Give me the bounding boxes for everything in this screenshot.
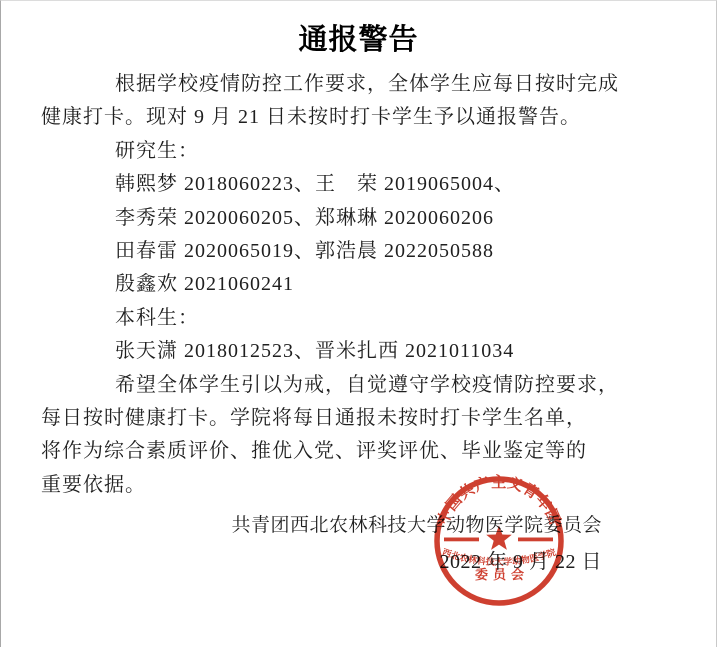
undergraduate-section-header: 本科生： [41,302,656,335]
seal-right-bar [518,538,553,542]
undergraduate-student-line: 张天潇 2018012523、晋米扎西 2021011034 [41,335,656,368]
seal-star-icon [486,526,512,550]
closing-line-1: 希望全体学生引以为戒，自觉遵守学校疫情防控要求， [41,369,656,402]
seal-arc-text: 中国共产主义青年团 [435,473,565,528]
graduate-section-header: 研究生： [41,135,656,168]
svg-text:西北农林科技大学动物医学院: 西北农林科技大学动物医学院 [441,546,558,567]
seal-committee-text: 委员会 [475,567,529,582]
closing-line-3: 将作为综合素质评价、推优入党、评奖评优、毕业鉴定等的 [41,435,656,468]
document-title: 通报警告 [1,17,716,58]
graduate-student-line: 殷鑫欢 2021060241 [41,268,656,301]
svg-text:中国共产主义青年团: 中国共产主义青年团 [435,473,565,528]
document-body: 根据学校疫情防控工作要求，全体学生应每日按时完成 健康打卡。现对 9 月 21 … [41,68,656,502]
seal-institution-text: 西北农林科技大学动物医学院 [441,546,558,567]
closing-line-2: 每日按时健康打卡。学院将每日通报未按时打卡学生名单， [41,402,656,435]
document-page: 通报警告 根据学校疫情防控工作要求，全体学生应每日按时完成 健康打卡。现对 9 … [0,0,717,647]
graduate-student-line: 韩熙梦 2018060223、王 荣 2019065004、 [41,168,656,201]
seal-left-bar [444,538,479,542]
official-seal-stamp: 中国共产主义青年团 西北农林科技大学动物医学院 委员会 [431,473,567,609]
graduate-student-line: 田春雷 2020065019、郭浩晨 2022050588 [41,235,656,268]
intro-line-1: 根据学校疫情防控工作要求，全体学生应每日按时完成 [41,68,656,101]
graduate-student-line: 李秀荣 2020060205、郑琳琳 2020060206 [41,202,656,235]
intro-line-2: 健康打卡。现对 9 月 21 日未按时打卡学生予以通报警告。 [41,101,656,134]
